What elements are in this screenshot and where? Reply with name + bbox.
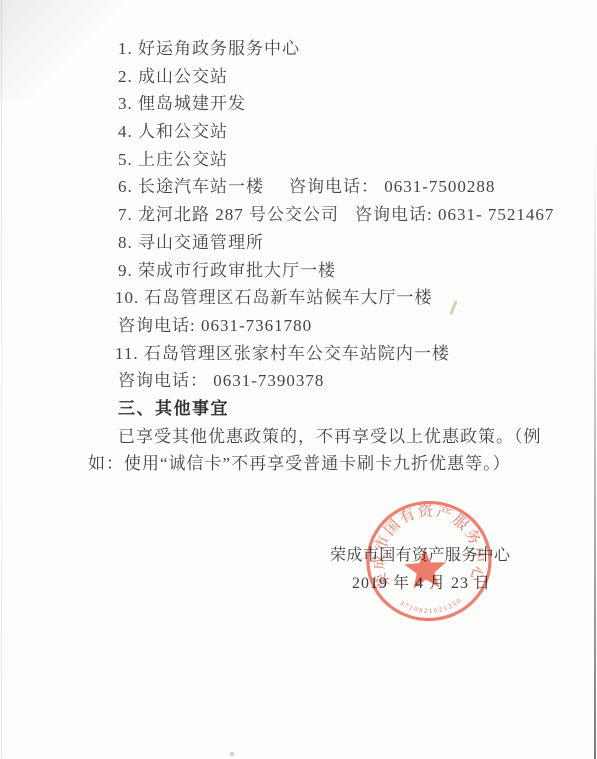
list-item-10: 10. 石岛管理区石岛新车站候车大厅一楼 bbox=[0, 284, 597, 312]
list-item-5: 5. 上庄公交站 bbox=[0, 146, 597, 174]
list-item-9: 9. 荣成市行政审批大厅一楼 bbox=[0, 257, 597, 285]
item-text: 10. 石岛管理区石岛新车站候车大厅一楼 bbox=[115, 288, 433, 307]
item-text: 8. 寻山交通管理所 bbox=[118, 233, 264, 252]
paragraph-line-2: 如：使用“诚信卡”不再享受普通卡刷卡九折优惠等。） bbox=[0, 450, 597, 478]
item-text: 9. 荣成市行政审批大厅一楼 bbox=[118, 261, 336, 280]
list-item-1: 1. 好运角政务服务中心 bbox=[0, 35, 597, 63]
item-text: 3. 俚岛城建开发 bbox=[118, 94, 246, 113]
item-text: 6. 长途汽车站一楼 bbox=[118, 177, 264, 196]
section-heading: 三、其他事宜 bbox=[0, 395, 597, 423]
list-item-2: 2. 成山公交站 bbox=[0, 63, 597, 91]
official-seal-stamp: 荣成市国有资产服务中心 3710821021250 bbox=[360, 496, 498, 629]
list-item-7: 7. 龙河北路 287 号公交公司咨询电话: 0631- 7521467 bbox=[0, 201, 597, 229]
paragraph-line-1: 已享受其他优惠政策的，不再享受以上优惠政策。（例 bbox=[0, 423, 597, 451]
document-body: 1. 好运角政务服务中心 2. 成山公交站 3. 俚岛城建开发 4. 人和公交站… bbox=[0, 35, 597, 597]
item-text: 2. 成山公交站 bbox=[118, 67, 228, 86]
item-phone: 咨询电话: 0631-7361780 bbox=[118, 316, 312, 335]
list-item-6: 6. 长途汽车站一楼咨询电话： 0631-7500288 bbox=[0, 173, 597, 201]
item-text: 5. 上庄公交站 bbox=[118, 150, 228, 169]
list-item-4: 4. 人和公交站 bbox=[0, 118, 597, 146]
signature-org: 荣成市国有资产服务中心 bbox=[0, 542, 597, 570]
item-text: 4. 人和公交站 bbox=[118, 122, 228, 141]
item-text: 7. 龙河北路 287 号公交公司 bbox=[118, 205, 339, 224]
item-text: 1. 好运角政务服务中心 bbox=[118, 39, 300, 58]
list-item-3: 3. 俚岛城建开发 bbox=[0, 90, 597, 118]
list-item-10-phone: 咨询电话: 0631-7361780 bbox=[0, 312, 597, 340]
item-text: 11. 石岛管理区张家村车公交车站院内一楼 bbox=[115, 344, 450, 363]
list-item-8: 8. 寻山交通管理所 bbox=[0, 229, 597, 257]
signature-date: 2019 年 4 月 23 日 bbox=[0, 570, 597, 598]
item-phone: 咨询电话： 0631-7500288 bbox=[289, 177, 495, 196]
list-item-11: 11. 石岛管理区张家村车公交车站院内一楼 bbox=[0, 340, 597, 368]
star-icon bbox=[403, 547, 447, 589]
scanned-document-page: 1. 好运角政务服务中心 2. 成山公交站 3. 俚岛城建开发 4. 人和公交站… bbox=[0, 0, 597, 759]
item-phone: 咨询电话： 0631-7390378 bbox=[118, 371, 324, 390]
list-item-11-phone: 咨询电话： 0631-7390378 bbox=[0, 367, 597, 395]
item-phone: 咨询电话: 0631- 7521467 bbox=[355, 205, 554, 224]
scan-artifact-speck bbox=[230, 752, 234, 756]
